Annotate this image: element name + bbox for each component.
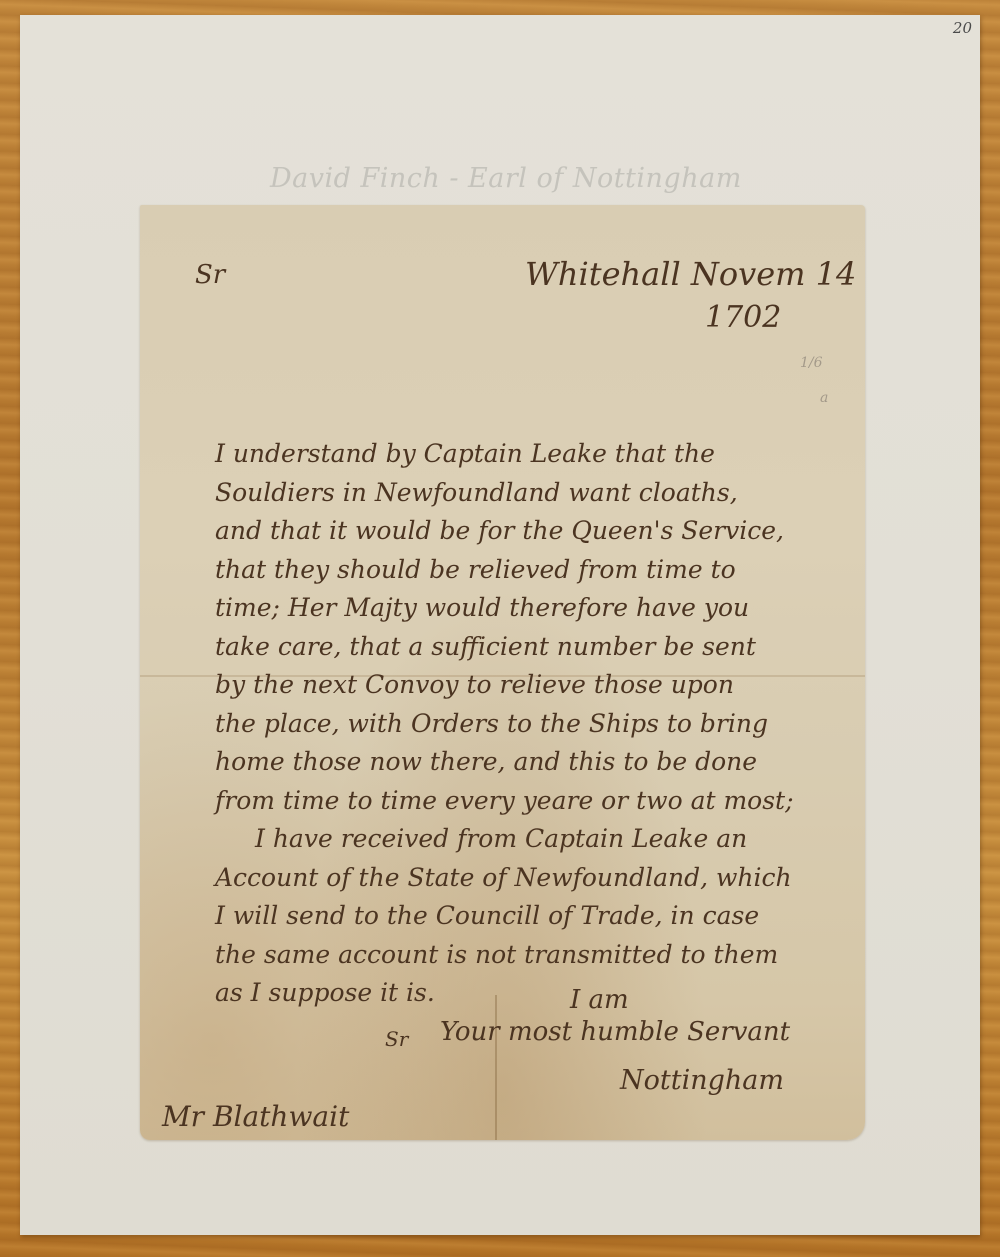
mount-page-number: 20 <box>953 19 972 37</box>
closing-i-am: I am <box>570 985 629 1015</box>
addressee: Mr Blathwait <box>162 1100 349 1133</box>
letter-body: I understand by Captain Leake that the S… <box>215 435 865 1013</box>
closing-servant: Your most humble Servant <box>440 1017 790 1047</box>
body-line: I have received from Captain Leake an <box>215 820 865 859</box>
archive-reference: 1/6 <box>800 355 823 371</box>
body-line: and that it would be for the Queen's Ser… <box>215 512 865 551</box>
mount-board: 20 David Finch - Earl of Nottingham Sr W… <box>20 15 980 1235</box>
body-line: I will send to the Councill of Trade, in… <box>215 897 865 936</box>
signature: Nottingham <box>620 1065 784 1096</box>
body-line: that they should be relieved from time t… <box>215 551 865 590</box>
letter-year: 1702 <box>705 300 781 335</box>
mount-caption: David Finch - Earl of Nottingham <box>270 163 742 194</box>
body-line: time; Her Majty would therefore have you <box>215 589 865 628</box>
closing-sir: Sr <box>385 1027 408 1051</box>
body-line: the same account is not transmitted to t… <box>215 936 865 975</box>
body-line: Account of the State of Newfoundland, wh… <box>215 859 865 898</box>
letter-sheet: Sr Whitehall Novem 14 1702 1/6 a I under… <box>140 205 865 1140</box>
letter-place-date: Whitehall Novem 14 <box>525 255 856 293</box>
body-line: as I suppose it is. <box>215 974 865 1013</box>
letter-salutation: Sr <box>195 260 225 290</box>
body-line: I understand by Captain Leake that the <box>215 435 865 474</box>
body-line: Souldiers in Newfoundland want cloaths, <box>215 474 865 513</box>
body-line: home those now there, and this to be don… <box>215 743 865 782</box>
body-line: the place, with Orders to the Ships to b… <box>215 705 865 744</box>
body-line: take care, that a sufficient number be s… <box>215 628 865 667</box>
body-line: by the next Convoy to relieve those upon <box>215 666 865 705</box>
archive-mark: a <box>820 390 828 406</box>
body-line: from time to time every yeare or two at … <box>215 782 865 821</box>
